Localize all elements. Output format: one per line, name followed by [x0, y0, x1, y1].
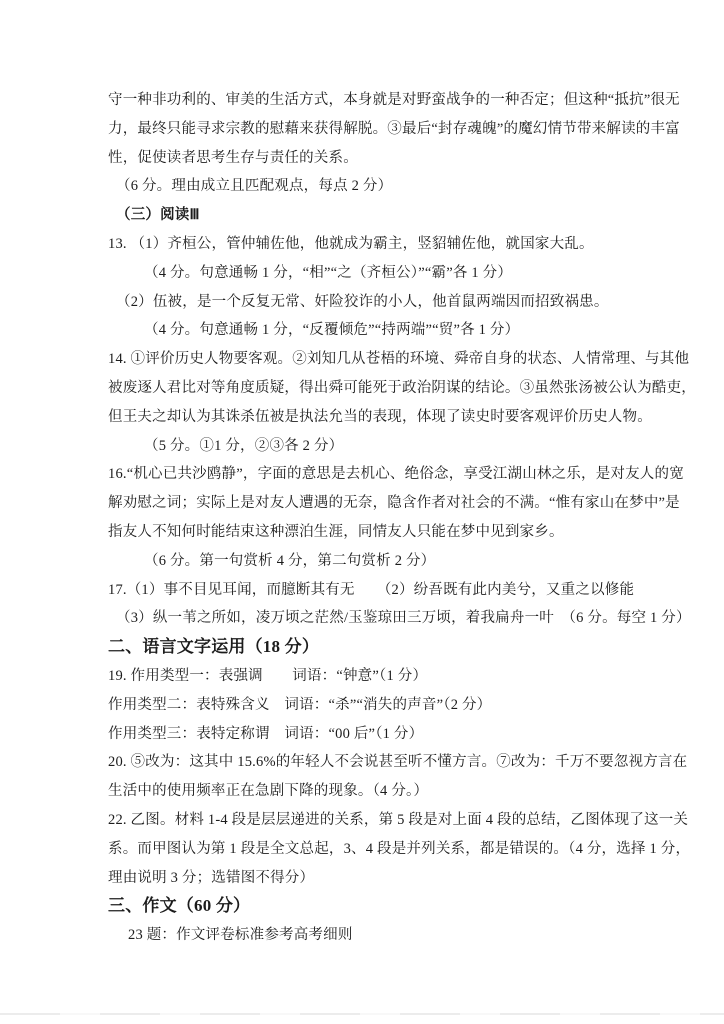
answer-line-q13-1: 13. （1）齐桓公，管仲辅佐他，他就成为霸主，竖貂辅佐他，就国家大乱。	[108, 230, 648, 259]
document-page: 守一种非功利的、审美的生活方式，本身就是对野蛮战争的一种否定；但这种“抵抗”很无…	[0, 0, 724, 1024]
answer-key-text-block: 守一种非功利的、审美的生活方式，本身就是对野蛮战争的一种否定；但这种“抵抗”很无…	[108, 86, 648, 950]
answer-line-q22: 22. 乙图。材料 1-4 段是层层递进的关系，第 5 段是对上面 4 段的总结…	[108, 806, 648, 835]
answer-line-q14: 被废逐人君比对等角度质疑，得出舜可能死于政治阴谋的结论。③虽然张汤被公认为酷吏，	[108, 374, 648, 403]
answer-line-q22: 理由说明 3 分；选错图不得分）	[108, 864, 648, 893]
answer-line-q20: 生活中的使用频率正在急剧下降的现象。（4 分。）	[108, 777, 648, 806]
paragraph-continuation-line: 性，促使读者思考生存与责任的关系。	[108, 144, 648, 173]
section-heading-reading-3: （三）阅读Ⅲ	[108, 201, 648, 230]
answer-line-q14: 但王夫之却认为其诛杀伍被是执法允当的表现，体现了读史时要客观评价历史人物。	[108, 403, 648, 432]
answer-line-q13-2: （2）伍被，是一个反复无常、奸险狡诈的小人，他首鼠两端因而招致祸患。	[108, 288, 648, 317]
section-heading-composition: 三、作文（60 分）	[108, 892, 648, 921]
answer-line-q23: 23 题：作文评卷标准参考高考细则	[108, 921, 648, 950]
answer-line-q17: （3）纵一苇之所如，凌万顷之茫然/玉鉴琼田三万顷，着我扁舟一叶 （6 分。每空 …	[108, 604, 648, 633]
paragraph-continuation-line: 守一种非功利的、审美的生活方式，本身就是对野蛮战争的一种否定；但这种“抵抗”很无	[108, 86, 648, 115]
answer-line-q19: 19. 作用类型一：表强调 词语：“钟意”（1 分）	[108, 662, 648, 691]
answer-line-q19: 作用类型二：表特殊含义 词语：“杀”“消失的声音”（2 分）	[108, 691, 648, 720]
page-bottom-edge-shadow	[0, 1013, 724, 1015]
answer-line-q14: 14. ①评价历史人物要客观。②刘知几从苍梧的环境、舜帝自身的状态、人情常理、与…	[108, 345, 648, 374]
answer-line-q16: 16.“机心已共沙鸥静”，字面的意思是去机心、绝俗念，享受江湖山林之乐，是对友人…	[108, 460, 648, 489]
answer-line-q16: 解劝慰之词；实际上是对友人遭遇的无奈，隐含作者对社会的不满。“惟有家山在梦中”是	[108, 489, 648, 518]
answer-line-q17: 17.（1）事不目见耳闻，而臆断其有无 （2）纷吾既有此内美兮，又重之以修能	[108, 576, 648, 605]
score-note-line: （4 分。句意通畅 1 分，“反覆倾危”“持两端”“贸”各 1 分）	[108, 316, 648, 345]
score-note-line: （5 分。①1 分，②③各 2 分）	[108, 432, 648, 461]
score-note-line: （4 分。句意通畅 1 分，“相”“之（齐桓公）”“霸”各 1 分）	[108, 259, 648, 288]
score-note-line: （6 分。第一句赏析 4 分，第二句赏析 2 分）	[108, 547, 648, 576]
answer-line-q16: 指友人不知何时能结束这种漂泊生涯，同情友人只能在梦中见到家乡。	[108, 518, 648, 547]
answer-line-q22: 系。而甲图认为第 1 段是全文总起，3、4 段是并列关系，都是错误的。（4 分，…	[108, 835, 648, 864]
score-note-line: （6 分。理由成立且匹配观点，每点 2 分）	[108, 172, 648, 201]
paragraph-continuation-line: 力，最终只能寻求宗教的慰藉来获得解脱。③最后“封存魂魄”的魔幻情节带来解读的丰富	[108, 115, 648, 144]
answer-line-q20: 20. ⑤改为：这其中 15.6%的年轻人不会说甚至听不懂方言。⑦改为：千万不要…	[108, 748, 648, 777]
answer-line-q19: 作用类型三：表特定称谓 词语：“00 后”（1 分）	[108, 720, 648, 749]
section-heading-language-use: 二、语言文字运用（18 分）	[108, 633, 648, 662]
